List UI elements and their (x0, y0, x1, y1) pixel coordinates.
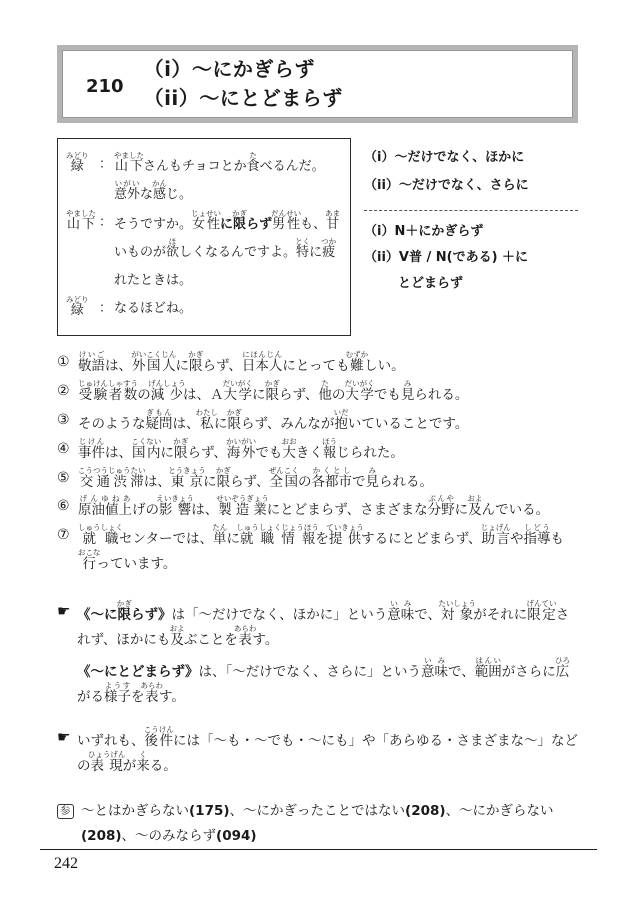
example-number: ⑤ (57, 466, 78, 495)
example-sentence-list: ① 敬語けいごは、外国人がいこくじんに限かぎらず、日本人にほんじんにとっても難む… (57, 350, 578, 578)
example-number: ② (57, 379, 78, 408)
dialogue-and-summary-row: 緑みどり ： 山下やましたさんもチョコとか食たべるんだ。意外いがいな感かんじ。 … (57, 138, 578, 336)
note-paragraph: 《〜に限かぎらず》は「〜だけでなく、ほかに」という意味いみで、対象たいしょうがそ… (77, 599, 578, 653)
example-text: 受験者数じゅけんしゃすうの減少げんしょうは、Ａ大学だいがくに限かぎらず、他たの大… (78, 379, 578, 408)
page-number: 242 (40, 850, 597, 873)
usage-notes: ☛ 《〜に限かぎらず》は「〜だけでなく、ほかに」という意味いみで、対象たいしょう… (57, 599, 578, 779)
example-text: そのような疑問ぎもんは、私わたしに限かぎらず、みんなが抱いだいていることです。 (78, 408, 578, 437)
note-paragraph: 《〜にとどまらず》は、「〜だけでなく、さらに」という意味いみで、範囲はんいがさら… (77, 656, 578, 710)
dashed-divider (364, 210, 578, 211)
speaker-colon: ： (99, 209, 114, 295)
page-footer: 242 (40, 849, 597, 873)
example-text: 敬語けいごは、外国人がいこくじんに限かぎらず、日本人にほんじんにとっても難むずか… (78, 350, 578, 379)
grammar-entry-header: 210 （i）〜にかぎらず （ii）〜にとどまらず (57, 45, 578, 123)
dialogue-line: 緑みどり ： なるほどね。 (66, 295, 342, 325)
example-number: ⑥ (57, 494, 78, 523)
speaker-name: 緑みどり (66, 151, 99, 209)
dialogue-text: なるほどね。 (114, 295, 342, 325)
entry-titles: （i）〜にかぎらず （ii）〜にとどまらず (144, 55, 343, 113)
example-text: 事件じけんは、国内こくないに限かぎらず、海外かいがいでも大おおきく報ほうじられた… (78, 437, 578, 466)
speaker-colon: ： (99, 151, 114, 209)
example-text: 就職しゅうしょくセンターでは、単たんに就職情報しゅうしょくじょうほうを提供ていき… (78, 523, 578, 577)
speaker-colon: ： (99, 295, 114, 325)
dialogue-text: そうですか。女性じょせいに限かぎらず男性だんせいも、甘あまいものが欲ほしくなるん… (114, 209, 342, 295)
example-text: 原油値上げんゆねあげの影響えいきょうは、製造業せいぞうぎょうにとどまらず、さまざ… (78, 494, 578, 523)
pointer-hand-icon: ☛ (57, 599, 77, 710)
meaning-and-form-panel: （i）〜だけでなく、ほかに （ii）〜だけでなく、さらに （i）N＋にかぎらず … (364, 138, 578, 336)
entry-number: 210 (86, 76, 124, 97)
entry-title-ii: （ii）〜にとどまらず (144, 84, 343, 113)
dialogue-line: 緑みどり ： 山下やましたさんもチョコとか食たべるんだ。意外いがいな感かんじ。 (66, 151, 342, 209)
cross-reference: 参 〜とはかぎらない(175)、〜にかぎったことではない(208)、〜にかぎらな… (57, 799, 578, 849)
pointer-hand-icon: ☛ (57, 725, 77, 779)
example-number: ③ (57, 408, 78, 437)
example-sentence: ② 受験者数じゅけんしゃすうの減少げんしょうは、Ａ大学だいがくに限かぎらず、他た… (57, 379, 578, 408)
example-text: 交通渋滞こうつうじゅうたいは、東京とうきょうに限かぎらず、全国ぜんこくの各都市か… (78, 466, 578, 495)
speaker-name: 山下やました (66, 209, 99, 295)
connection-pattern-ii-cont: とどまらず (364, 271, 578, 297)
connection-pattern-ii: （ii）V普 / N(である) ＋に (364, 245, 578, 271)
usage-note: ☛ 《〜に限かぎらず》は「〜だけでなく、ほかに」という意味いみで、対象たいしょう… (57, 599, 578, 710)
meaning-ii: （ii）〜だけでなく、さらに (364, 172, 578, 200)
note-paragraph: いずれも、後件こうけんには「〜も・〜でも・〜にも」や「あらゆる・さまざまな〜」な… (77, 725, 578, 779)
meaning-i: （i）〜だけでなく、ほかに (364, 144, 578, 172)
reference-icon: 参 (57, 804, 74, 819)
reference-icon-wrap: 参 (57, 799, 81, 849)
example-sentence: ⑦ 就職しゅうしょくセンターでは、単たんに就職情報しゅうしょくじょうほうを提供て… (57, 523, 578, 577)
usage-note: ☛ いずれも、後件こうけんには「〜も・〜でも・〜にも」や「あらゆる・さまざまな〜… (57, 725, 578, 779)
reference-text: 〜とはかぎらない(175)、〜にかぎったことではない(208)、〜にかぎらない(… (81, 799, 578, 849)
example-sentence: ⑥ 原油値上げんゆねあげの影響えいきょうは、製造業せいぞうぎょうにとどまらず、さ… (57, 494, 578, 523)
entry-title-i: （i）〜にかぎらず (144, 55, 343, 84)
connection-pattern-i: （i）N＋にかぎらず (364, 219, 578, 245)
dialogue-text: 山下やましたさんもチョコとか食たべるんだ。意外いがいな感かんじ。 (114, 151, 342, 209)
example-number: ① (57, 350, 78, 379)
example-sentence: ③ そのような疑問ぎもんは、私わたしに限かぎらず、みんなが抱いだいていることです… (57, 408, 578, 437)
example-sentence: ① 敬語けいごは、外国人がいこくじんに限かぎらず、日本人にほんじんにとっても難む… (57, 350, 578, 379)
note-body: 《〜に限かぎらず》は「〜だけでなく、ほかに」という意味いみで、対象たいしょうがそ… (77, 599, 578, 710)
example-sentence: ④ 事件じけんは、国内こくないに限かぎらず、海外かいがいでも大おおきく報ほうじら… (57, 437, 578, 466)
speaker-name: 緑みどり (66, 295, 99, 325)
example-dialogue-box: 緑みどり ： 山下やましたさんもチョコとか食たべるんだ。意外いがいな感かんじ。 … (57, 138, 351, 336)
example-number: ⑦ (57, 523, 78, 577)
example-number: ④ (57, 437, 78, 466)
example-sentence: ⑤ 交通渋滞こうつうじゅうたいは、東京とうきょうに限かぎらず、全国ぜんこくの各都… (57, 466, 578, 495)
dialogue-line: 山下やました ： そうですか。女性じょせいに限かぎらず男性だんせいも、甘あまいも… (66, 209, 342, 295)
note-body: いずれも、後件こうけんには「〜も・〜でも・〜にも」や「あらゆる・さまざまな〜」な… (77, 725, 578, 779)
